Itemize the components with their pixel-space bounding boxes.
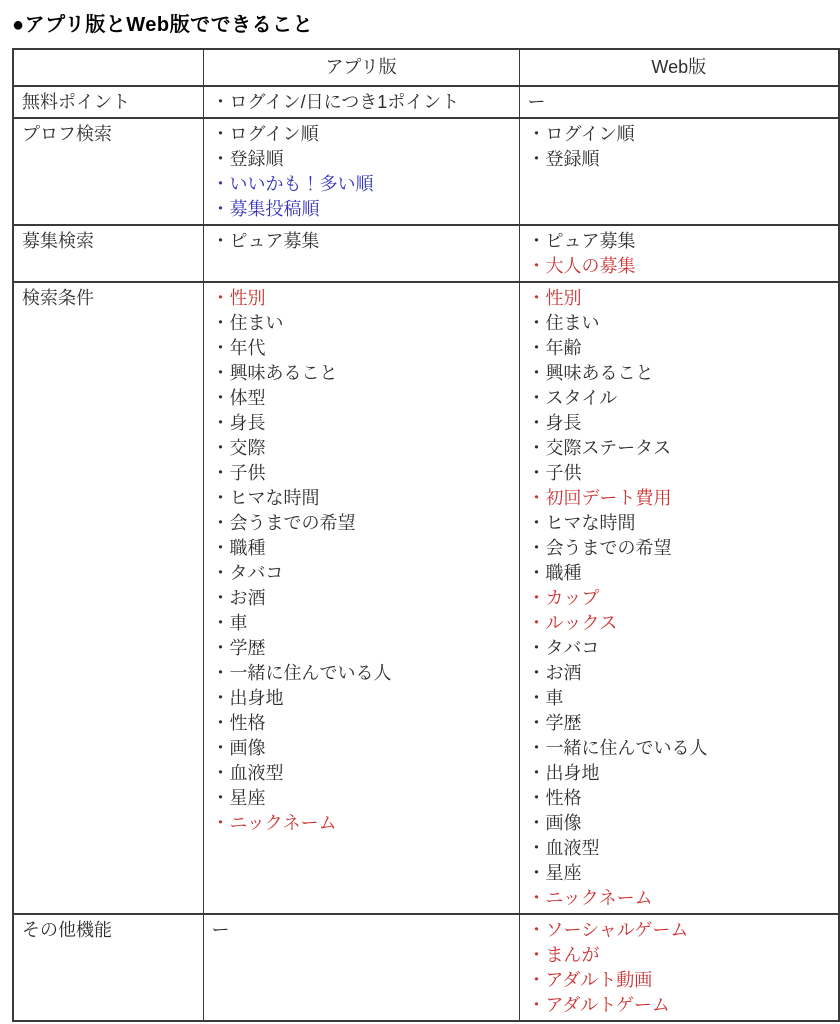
list-item: ・スタイル: [528, 386, 831, 411]
list-item: ・子供: [528, 461, 831, 486]
list-item: ・カップ: [528, 586, 831, 611]
list-item: ・子供: [212, 461, 511, 486]
list-item: ・登録順: [528, 147, 831, 172]
list-item: ・タバコ: [212, 561, 511, 586]
app-version-cell: ・ログイン/日につき1ポイント: [203, 86, 519, 118]
list-item: ・ヒマな時間: [212, 486, 511, 511]
table-body: 無料ポイント・ログイン/日につき1ポイントープロフ検索・ログイン順・登録順・いい…: [13, 86, 839, 1021]
table-row: その他機能ー・ソーシャルゲーム・まんが・アダルト動画・アダルトゲーム: [13, 914, 839, 1021]
page: ●アプリ版とWeb版でできること アプリ版 Web版 無料ポイント・ログイン/日…: [0, 0, 840, 1024]
list-item: ・アダルトゲーム: [528, 993, 831, 1018]
list-item: ・ピュア募集: [528, 229, 831, 254]
list-item: ・交際ステータス: [528, 436, 831, 461]
list-item: ・住まい: [528, 311, 831, 336]
app-version-cell: ・性別・住まい・年代・興味あること・体型・身長・交際・子供・ヒマな時間・会うまで…: [203, 282, 519, 914]
list-item: ・車: [528, 686, 831, 711]
list-item: ・一緒に住んでいる人: [528, 736, 831, 761]
list-item: ・星座: [528, 861, 831, 886]
list-item: ・出身地: [528, 761, 831, 786]
row-label: 募集検索: [13, 225, 203, 282]
web-version-cell: ・性別・住まい・年齢・興味あること・スタイル・身長・交際ステータス・子供・初回デ…: [519, 282, 839, 914]
list-item: ・職種: [212, 536, 511, 561]
list-item: ・交際: [212, 436, 511, 461]
column-header-feature: [13, 49, 203, 86]
list-item: ・性別: [212, 286, 511, 311]
web-version-cell: ー: [519, 86, 839, 118]
list-item: ・車: [212, 611, 511, 636]
row-label: 無料ポイント: [13, 86, 203, 118]
list-item: ・ヒマな時間: [528, 511, 831, 536]
list-item: ・血液型: [212, 761, 511, 786]
table-row: 無料ポイント・ログイン/日につき1ポイントー: [13, 86, 839, 118]
list-item: ・まんが: [528, 943, 831, 968]
page-title: ●アプリ版とWeb版でできること: [12, 8, 838, 37]
list-item: ・身長: [212, 411, 511, 436]
list-item: ・いいかも！多い順: [212, 172, 511, 197]
list-item: ・年代: [212, 336, 511, 361]
list-item: ・会うまでの希望: [212, 511, 511, 536]
list-item: ・タバコ: [528, 636, 831, 661]
list-item: ・体型: [212, 386, 511, 411]
list-item: ・画像: [528, 811, 831, 836]
column-header-app: アプリ版: [203, 49, 519, 86]
row-label: 検索条件: [13, 282, 203, 914]
list-item: ー: [528, 90, 831, 115]
list-item: ・興味あること: [528, 361, 831, 386]
list-item: ・身長: [528, 411, 831, 436]
table-row: 募集検索・ピュア募集・ピュア募集・大人の募集: [13, 225, 839, 282]
list-item: ・会うまでの希望: [528, 536, 831, 561]
list-item: ・ニックネーム: [528, 886, 831, 911]
list-item: ・ログイン順: [212, 122, 511, 147]
list-item: ・職種: [528, 561, 831, 586]
comparison-table: アプリ版 Web版 無料ポイント・ログイン/日につき1ポイントープロフ検索・ログ…: [12, 48, 840, 1022]
list-item: ・学歴: [212, 636, 511, 661]
list-item: ・ログイン/日につき1ポイント: [212, 90, 511, 115]
list-item: ・募集投稿順: [212, 197, 511, 222]
list-item: ・星座: [212, 786, 511, 811]
app-version-cell: ・ピュア募集: [203, 225, 519, 282]
table-header-row: アプリ版 Web版: [13, 49, 839, 86]
web-version-cell: ・ピュア募集・大人の募集: [519, 225, 839, 282]
list-item: ・一緒に住んでいる人: [212, 661, 511, 686]
list-item: ・登録順: [212, 147, 511, 172]
list-item: ・ソーシャルゲーム: [528, 918, 831, 943]
list-item: ・興味あること: [212, 361, 511, 386]
list-item: ・ニックネーム: [212, 811, 511, 836]
list-item: ・出身地: [212, 686, 511, 711]
table-row: プロフ検索・ログイン順・登録順・いいかも！多い順・募集投稿順・ログイン順・登録順: [13, 118, 839, 225]
list-item: ・年齢: [528, 336, 831, 361]
list-item: ・初回デート費用: [528, 486, 831, 511]
app-version-cell: ー: [203, 914, 519, 1021]
list-item: ・血液型: [528, 836, 831, 861]
web-version-cell: ・ソーシャルゲーム・まんが・アダルト動画・アダルトゲーム: [519, 914, 839, 1021]
column-header-web: Web版: [519, 49, 839, 86]
list-item: ・お酒: [528, 661, 831, 686]
list-item: ・ルックス: [528, 611, 831, 636]
row-label: プロフ検索: [13, 118, 203, 225]
web-version-cell: ・ログイン順・登録順: [519, 118, 839, 225]
list-item: ・性別: [528, 286, 831, 311]
list-item: ・お酒: [212, 586, 511, 611]
list-item: ・性格: [212, 711, 511, 736]
list-item: ・性格: [528, 786, 831, 811]
list-item: ・大人の募集: [528, 254, 831, 279]
table-row: 検索条件・性別・住まい・年代・興味あること・体型・身長・交際・子供・ヒマな時間・…: [13, 282, 839, 914]
row-label: その他機能: [13, 914, 203, 1021]
list-item: ・住まい: [212, 311, 511, 336]
list-item: ・画像: [212, 736, 511, 761]
list-item: ・アダルト動画: [528, 968, 831, 993]
list-item: ・ピュア募集: [212, 229, 511, 254]
list-item: ・学歴: [528, 711, 831, 736]
app-version-cell: ・ログイン順・登録順・いいかも！多い順・募集投稿順: [203, 118, 519, 225]
list-item: ・ログイン順: [528, 122, 831, 147]
list-item: ー: [212, 918, 511, 943]
